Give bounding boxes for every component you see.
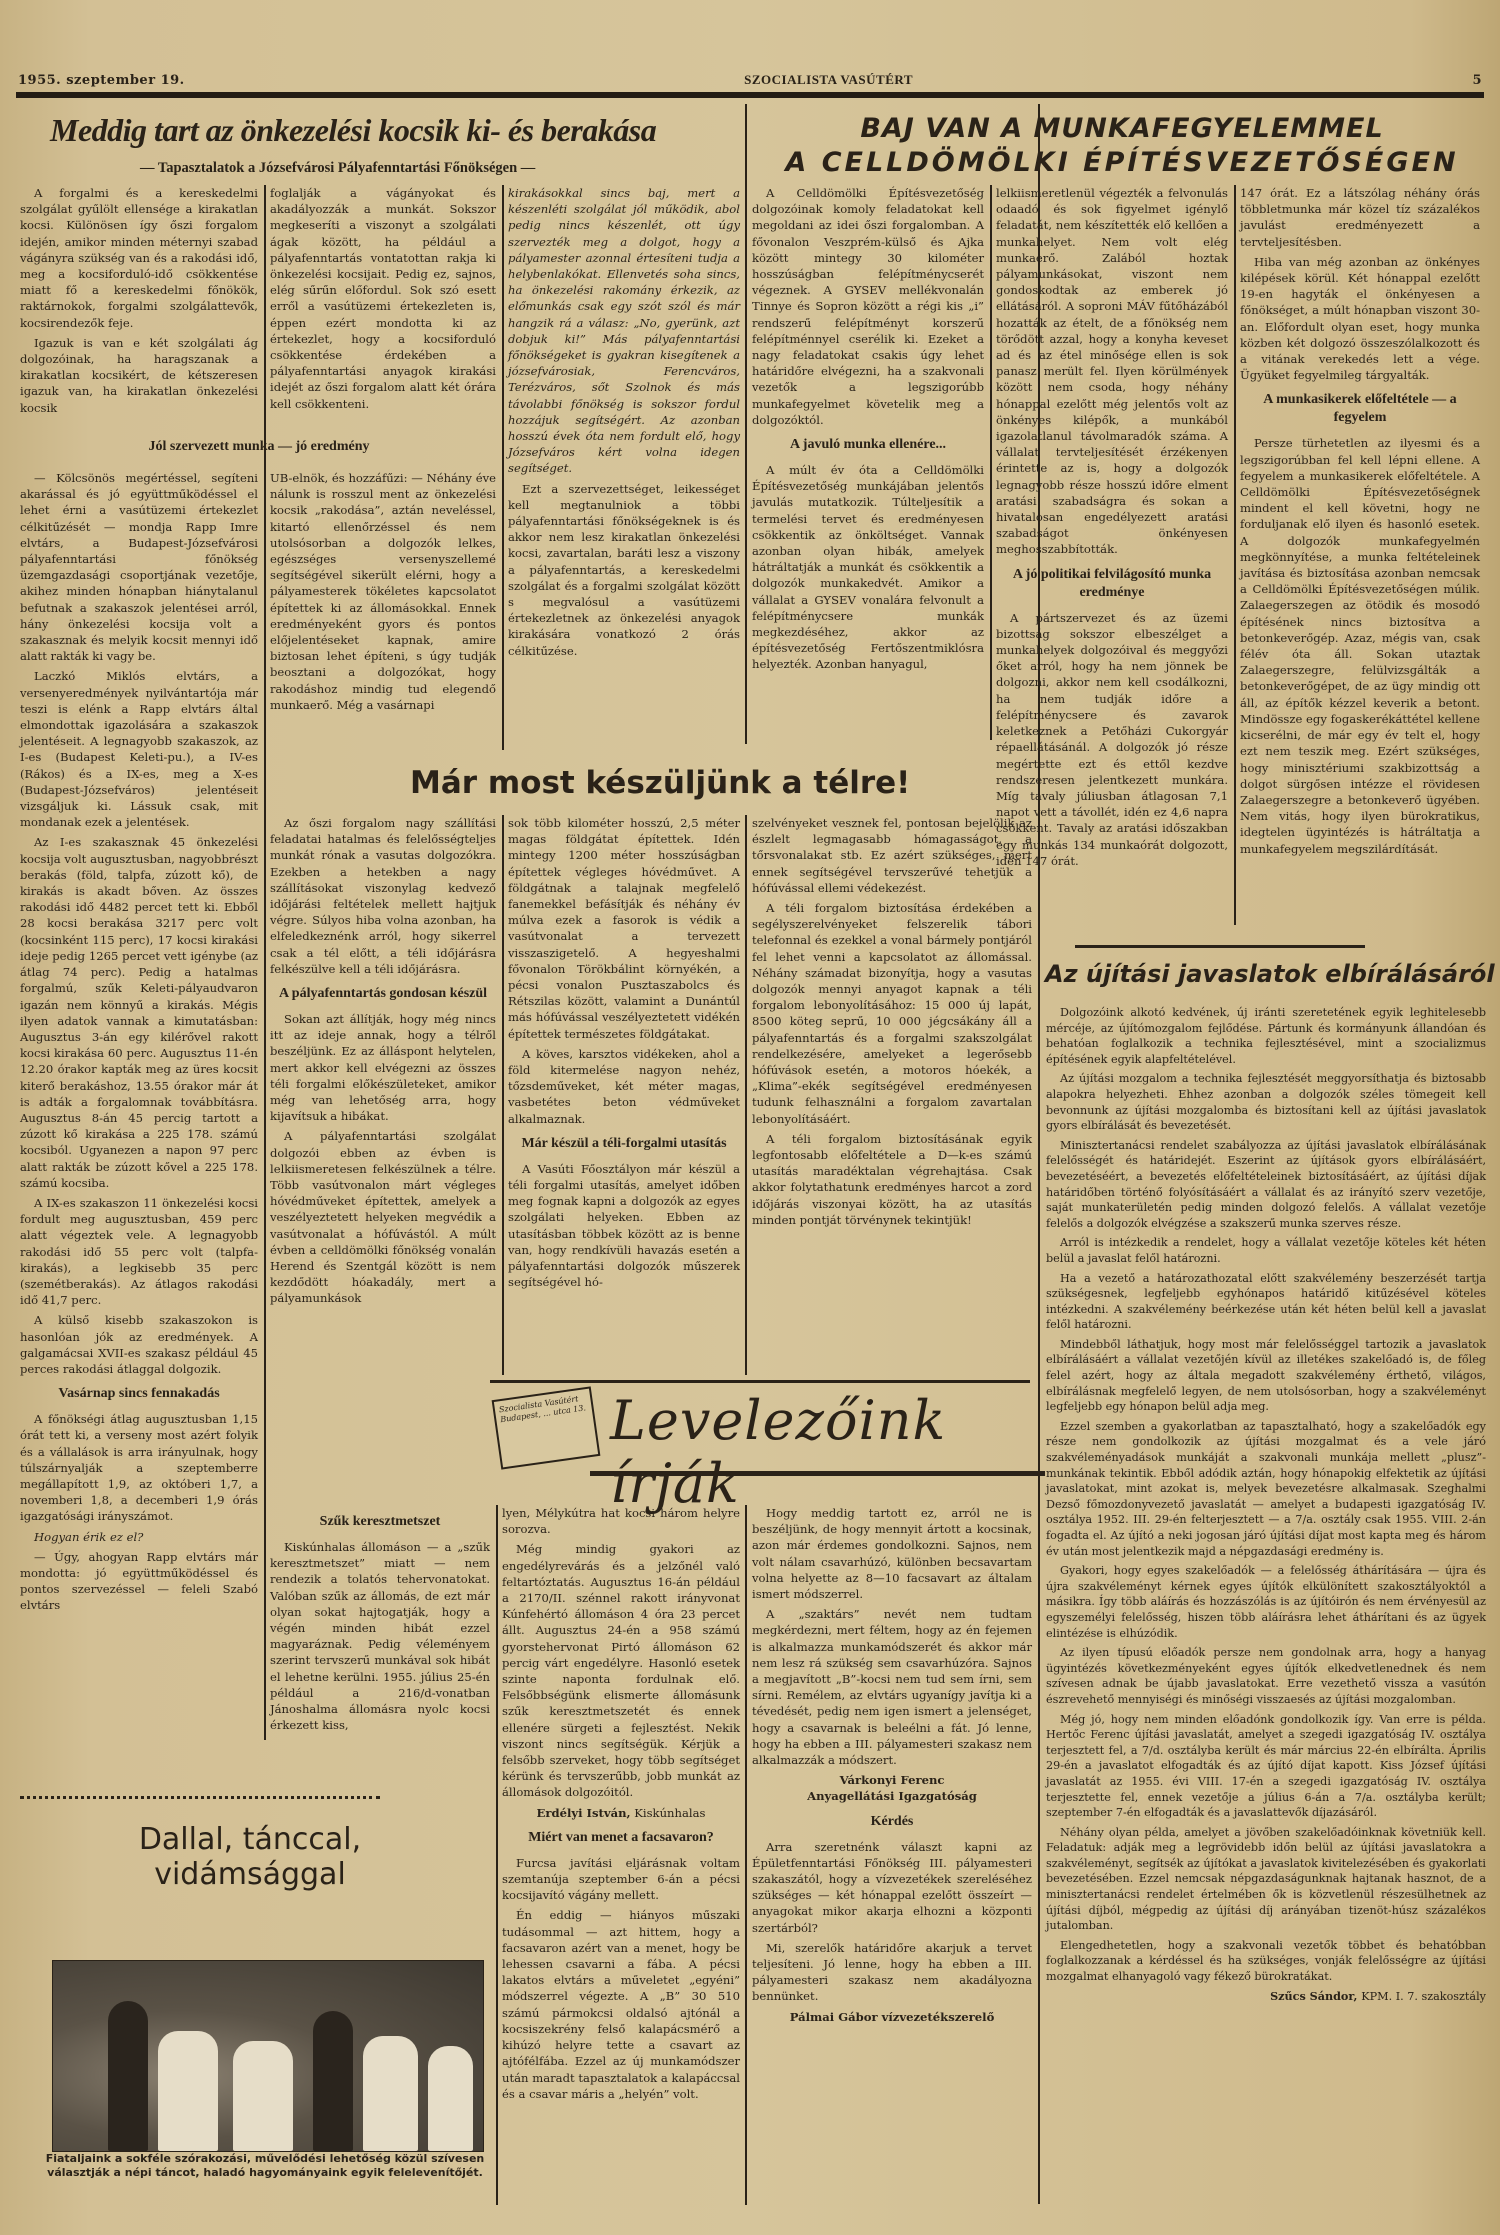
levelezoink-banner: Szocialista Vasútért Budapest, ... utca … [490, 1385, 1045, 1495]
paragraph: Sokan azt állítják, hogy még nincs itt a… [270, 1011, 496, 1124]
paragraph: A főnökségi átlag augusztusban 1,15 órát… [20, 1411, 258, 1524]
celldomolk-col2: lelkiismeretlenül végezték a felvonulás … [996, 185, 1228, 873]
article-separator [1075, 945, 1365, 948]
telre-col1: Az őszi forgalom nagy szállítási feladat… [270, 815, 496, 1311]
dancer-figure [233, 2041, 293, 2151]
column-divider [264, 185, 266, 1740]
paragraph: Hogyan érik ez el? [20, 1529, 258, 1545]
onkezelesi-col2: foglalják a vágányokat és akadályozzák a… [270, 185, 496, 416]
column-divider [502, 185, 504, 750]
paragraph: Néhány olyan példa, amelyet a jövőben sz… [1046, 1825, 1486, 1934]
decorative-separator [20, 1790, 380, 1799]
photo-title: Dallal, tánccal, vidámsággal [50, 1822, 450, 1892]
telre-col2: sok több kilométer hosszú, 2,5 méter mag… [508, 815, 740, 1294]
paragraph: A forgalmi és a kereskedelmi szolgálat g… [20, 185, 258, 331]
szuk-col: Szűk keresztmetszet Kiskúnhalas állomáso… [270, 1505, 490, 1737]
paragraph: Ezzel szemben a gyakorlatban az tapaszta… [1046, 1419, 1486, 1559]
article-title-telre: Már most készüljünk a télre! [410, 765, 910, 801]
column-divider [745, 104, 747, 744]
paragraph: Dolgozóink alkotó kedvének, új iránti sz… [1046, 1005, 1486, 1067]
newspaper-title: SZOCIALISTA VASÚTÉRT [744, 72, 913, 88]
onkezelesi-col2b: UB-elnök, és hozzáfűzi: — Néhány éve nál… [270, 470, 496, 717]
issue-date: 1955. szeptember 19. [18, 73, 185, 88]
paragraph: Persze türhetetlen az ilyesmi és a legsz… [1240, 435, 1480, 856]
letter-heading: Kérdés [752, 1813, 1032, 1831]
paragraph: kirakásokkal sincs baj, mert a készenlét… [508, 185, 740, 477]
paragraph: Igazuk is van e két szolgálati ág dolgoz… [20, 335, 258, 416]
title-line-1: BAJ VAN A MUNKAFEGYELEMMEL [752, 112, 1492, 146]
newspaper-stamp: Szocialista Vasútért Budapest, ... utca … [492, 1386, 601, 1469]
signature: Várkonyi Ferenc Anyagellátási Igazgatósá… [752, 1772, 1032, 1804]
paragraph: Laczkó Miklós elvtárs, a versenyeredmény… [20, 668, 258, 830]
paragraph: Ezt a szervezettséget, leikességet kell … [508, 481, 740, 659]
facsavar-col3: Hogy meddig tartott ez, arról ne is besz… [752, 1505, 1032, 2029]
page-number: 5 [1472, 73, 1482, 88]
paragraph: Kiskúnhalas állomáson — a „szűk keresztm… [270, 1539, 490, 1733]
column-divider [1234, 185, 1236, 925]
column-divider [990, 185, 992, 740]
paragraph: Mindebből láthatjuk, hogy most már felel… [1046, 1337, 1486, 1415]
column-divider [502, 815, 504, 1375]
article-subtitle-onkezelesi: — Tapasztalatok a Józsefvárosi Pályafenn… [140, 160, 535, 177]
section-heading: Vasárnap sincs fennakadás [20, 1385, 258, 1403]
paragraph: Furcsa javítási eljárásnak voltam szemta… [502, 1855, 740, 1904]
masthead-rule [16, 92, 1484, 98]
paragraph: A köves, karsztos vidékeken, ahol a föld… [508, 1046, 740, 1127]
masthead: 1955. szeptember 19. SZOCIALISTA VASÚTÉR… [18, 64, 1482, 88]
paragraph: Elengedhetetlen, hogy a szakvonali vezet… [1046, 1938, 1486, 1985]
paragraph: Arról is intézkedik a rendelet, hogy a v… [1046, 1235, 1486, 1266]
section-heading: Jól szervezett munka — jó eredmény [20, 438, 498, 456]
paragraph: A pályafenntartási szolgálat dolgozói eb… [270, 1128, 496, 1306]
paragraph: A IX-es szakaszon 11 önkezelési kocsi fo… [20, 1195, 258, 1308]
article-title-ujitasi: Az újítási javaslatok elbírálásáról [1045, 960, 1495, 988]
paragraph: Még jó, hogy nem minden előadónk gondolk… [1046, 1712, 1486, 1821]
paragraph: A Celldömölki Építésvezetőség dolgozóina… [752, 185, 984, 428]
section-heading: Már készül a téli-forgalmi utasítás [508, 1135, 740, 1153]
signature-name: Szűcs Sándor, [1270, 1989, 1357, 2003]
letter-heading: Szűk keresztmetszet [270, 1513, 490, 1531]
signature-place: Kiskúnhalas [634, 1806, 705, 1820]
folk-dance-photo [52, 1960, 484, 2152]
article-title-celldomolk: BAJ VAN A MUNKAFEGYELEMMEL A CELLDÖMÖLKI… [752, 112, 1492, 180]
dancer-figure [108, 2001, 148, 2151]
onkezelesi-col1: A forgalmi és a kereskedelmi szolgálat g… [20, 185, 258, 420]
paragraph: Az ilyen típusú előadók persze nem gondo… [1046, 1645, 1486, 1707]
paragraph: sok több kilométer hosszú, 2,5 méter mag… [508, 815, 740, 1042]
signature: Pálmai Gábor vízvezetékszerelő [752, 2009, 1032, 2025]
onkezelesi-col1b: — Kölcsönös megértéssel, segíteni akarás… [20, 470, 258, 1618]
dancer-figure [363, 2036, 418, 2151]
section-heading: A jó politikai felvilágosító munka eredm… [996, 566, 1228, 602]
paragraph: lyen, Mélykútra hat kocsi három helyre s… [502, 1505, 740, 1537]
paragraph: — Úgy, ahogyan Rapp elvtárs már mondotta… [20, 1549, 258, 1614]
paragraph: Az I-es szakasznak 45 önkezelési kocsija… [20, 834, 258, 1190]
article-title-onkezelesi: Meddig tart az önkezelési kocsik ki- és … [50, 112, 656, 149]
signature-name: Erdélyi István, [537, 1806, 631, 1820]
paragraph: lelkiismeretlenül végezték a felvonulás … [996, 185, 1228, 558]
banner-top-rule [490, 1380, 1030, 1383]
celldomolk-col1: A Celldömölki Építésvezetőség dolgozóina… [752, 185, 984, 677]
paragraph: foglalják a vágányokat és akadályozzák a… [270, 185, 496, 412]
paragraph: Az újítási mozgalom a technika fejleszté… [1046, 1071, 1486, 1133]
section-heading: A pályafenntartás gondosan készül [270, 985, 496, 1003]
signature-name: Pálmai Gábor vízvezetékszerelő [790, 2010, 995, 2024]
paragraph: — Kölcsönös megértéssel, segíteni akarás… [20, 470, 258, 664]
signature: Szűcs Sándor, KPM. I. 7. szakosztály [1046, 1989, 1486, 2005]
signature-org: Anyagellátási Igazgatóság [807, 1789, 977, 1803]
paragraph: Az őszi forgalom nagy szállítási feladat… [270, 815, 496, 977]
telre-col3: szelvényeket vesznek fel, pontosan bejel… [752, 815, 1032, 1232]
ujitasi-body: Dolgozóink alkotó kedvének, új iránti sz… [1046, 1005, 1486, 2008]
onkezelesi-section: Jól szervezett munka — jó eredmény [20, 430, 498, 464]
column-divider [745, 1505, 747, 2205]
banner-title: Levelezőink írják [610, 1389, 1045, 1515]
paragraph: 147 órát. Ez a látszólag néhány órás töb… [1240, 185, 1480, 250]
dancer-figure [313, 2011, 353, 2151]
paragraph: A Vasúti Főosztályon már készül a téli f… [508, 1161, 740, 1291]
paragraph: Még mindig gyakori az engedélyrevárás és… [502, 1541, 740, 1800]
paragraph: Ha a vezető a határozathozatal előtt sza… [1046, 1271, 1486, 1333]
column-divider [745, 815, 747, 1375]
paragraph: Minisztertanácsi rendelet szabályozza az… [1046, 1138, 1486, 1232]
title-line-2: A CELLDÖMÖLKI ÉPÍTÉSVEZETŐSÉGEN [752, 146, 1492, 180]
paragraph: Arra szeretnénk választ kapni az Épületf… [752, 1839, 1032, 1936]
celldomolk-col3: 147 órát. Ez a látszólag néhány órás töb… [1240, 185, 1480, 861]
signature-name: Várkonyi Ferenc [840, 1773, 945, 1787]
section-heading: A javuló munka ellenére... [752, 436, 984, 454]
dancer-figure [158, 2031, 218, 2151]
paragraph: Hogy meddig tartott ez, arról ne is besz… [752, 1505, 1032, 1602]
paragraph: Gyakori, hogy egyes szakelőadók — a fele… [1046, 1563, 1486, 1641]
photo-caption: Fiataljaink a sokféle szórakozási, művel… [40, 2152, 490, 2180]
column-divider [496, 1505, 498, 2205]
newspaper-page: 1955. szeptember 19. SZOCIALISTA VASÚTÉR… [0, 0, 1500, 2235]
paragraph: A „szaktárs” nevét nem tudtam megkérdezn… [752, 1606, 1032, 1768]
banner-underline [590, 1471, 1045, 1476]
signature-org: KPM. I. 7. szakosztály [1361, 1990, 1486, 2003]
paragraph: Mi, szerelők határidőre akarjuk a tervet… [752, 1940, 1032, 2005]
paragraph: Hiba van még azonban az önkényes kilépés… [1240, 254, 1480, 384]
dancer-figure [428, 2046, 473, 2151]
onkezelesi-col3: kirakásokkal sincs baj, mert a készenlét… [508, 185, 740, 663]
paragraph: A pártszervezet és az üzemi bizottság so… [996, 610, 1228, 869]
paragraph: Én eddig — hiányos műszaki tudásommal — … [502, 1907, 740, 2101]
section-heading: A munkasikerek előfeltétele — a fegyelem [1240, 391, 1480, 427]
paragraph: szelvényeket vesznek fel, pontosan bejel… [752, 815, 1032, 896]
paragraph: A külső kisebb szakaszokon is hasonlóan … [20, 1312, 258, 1377]
paragraph: A téli forgalom biztosítása érdekében a … [752, 900, 1032, 1127]
paragraph: A téli forgalom biztosításának egyik leg… [752, 1131, 1032, 1228]
paragraph: A múlt év óta a Celldömölki Építésvezető… [752, 462, 984, 673]
letter-heading: Miért van menet a facsavaron? [502, 1829, 740, 1847]
signature: Erdélyi István, Kiskúnhalas [502, 1805, 740, 1821]
paragraph: UB-elnök, és hozzáfűzi: — Néhány éve nál… [270, 470, 496, 713]
szuk-col2: lyen, Mélykútra hat kocsi három helyre s… [502, 1505, 740, 2106]
